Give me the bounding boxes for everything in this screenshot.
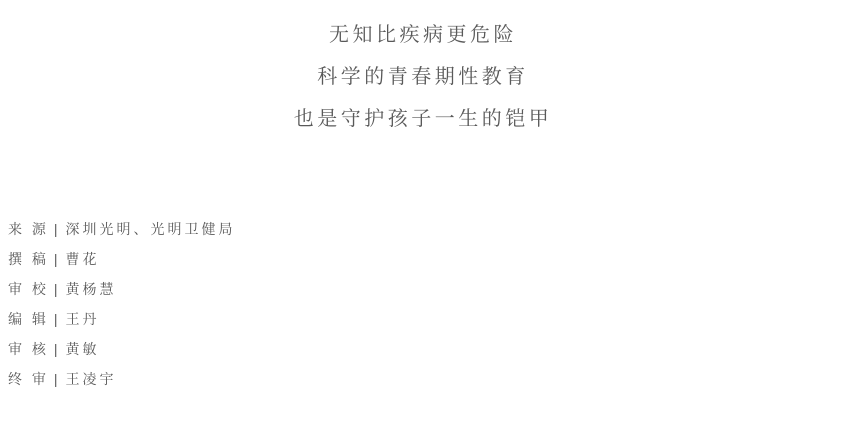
credit-separator: | <box>49 311 66 327</box>
credit-value: 黄敏 <box>66 341 100 357</box>
credit-value: 王凌宇 <box>66 371 117 387</box>
credit-row-editor: 编 辑|王丹 <box>8 304 846 334</box>
credit-row-final-reviewer: 终 审|王凌宇 <box>8 364 846 394</box>
headline-block: 无知比疾病更危险 科学的青春期性教育 也是守护孩子一生的铠甲 <box>0 0 846 140</box>
credit-label: 来 源 <box>8 221 49 237</box>
headline-line-3: 也是守护孩子一生的铠甲 <box>0 98 846 140</box>
credit-separator: | <box>49 251 66 267</box>
credit-label: 终 审 <box>8 371 49 387</box>
credit-row-proofreader: 审 校|黄杨慧 <box>8 274 846 304</box>
credit-label: 编 辑 <box>8 311 49 327</box>
credit-value: 黄杨慧 <box>66 281 117 297</box>
credit-value: 深圳光明、光明卫健局 <box>66 221 236 237</box>
credit-label: 审 校 <box>8 281 49 297</box>
credit-value: 王丹 <box>66 311 100 327</box>
credits-list: 来 源|深圳光明、光明卫健局 撰 稿|曹花 审 校|黄杨慧 编 辑|王丹 审 核… <box>0 214 846 394</box>
credit-separator: | <box>49 371 66 387</box>
credit-label: 撰 稿 <box>8 251 49 267</box>
credit-separator: | <box>49 221 66 237</box>
credit-row-source: 来 源|深圳光明、光明卫健局 <box>8 214 846 244</box>
credit-label: 审 核 <box>8 341 49 357</box>
article-footer-page: 无知比疾病更危险 科学的青春期性教育 也是守护孩子一生的铠甲 来 源|深圳光明、… <box>0 0 846 430</box>
credit-separator: | <box>49 281 66 297</box>
credit-separator: | <box>49 341 66 357</box>
credit-value: 曹花 <box>66 251 100 267</box>
credit-row-reviewer: 审 核|黄敏 <box>8 334 846 364</box>
credit-row-writer: 撰 稿|曹花 <box>8 244 846 274</box>
headline-line-2: 科学的青春期性教育 <box>0 56 846 98</box>
headline-line-1: 无知比疾病更危险 <box>0 14 846 56</box>
